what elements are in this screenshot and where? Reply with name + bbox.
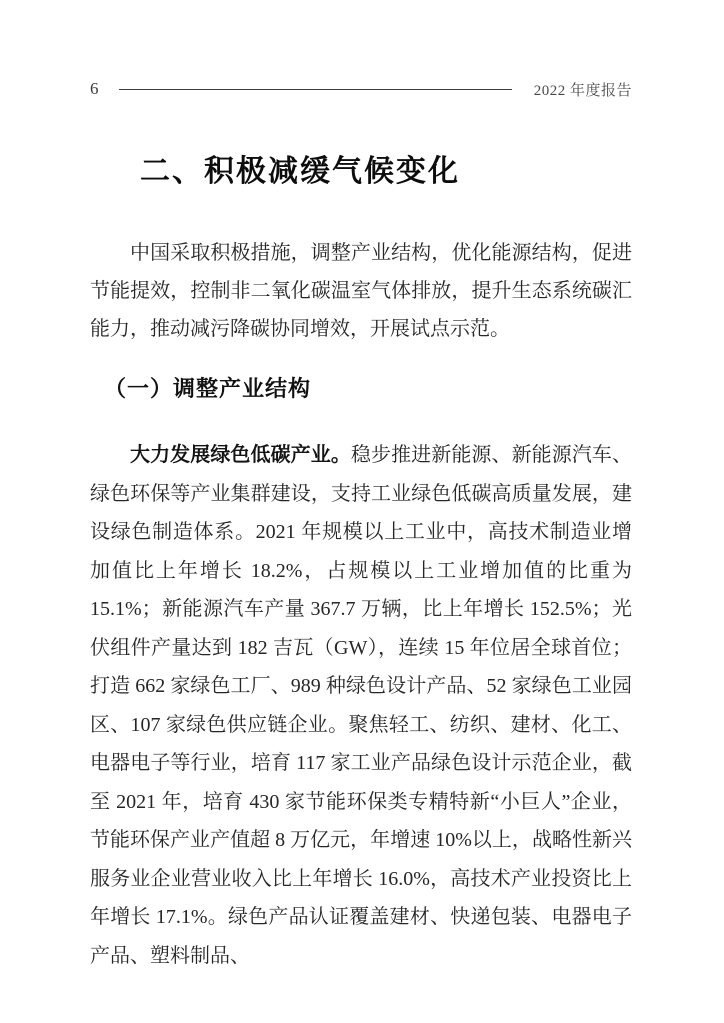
subsection-title: （一）调整产业结构: [104, 374, 632, 404]
chapter-title: 二、积极减缓气候变化: [140, 154, 632, 190]
body-paragraph: 大力发展绿色低碳产业。稳步推进新能源、新能源汽车、绿色环保等产业集群建设，支持工…: [90, 436, 632, 975]
header-rule: [119, 89, 512, 90]
running-header: 6 2022 年度报告: [90, 78, 632, 100]
body-paragraph-text: 稳步推进新能源、新能源汽车、绿色环保等产业集群建设，支持工业绿色低碳高质量发展，…: [90, 444, 632, 967]
intro-paragraph: 中国采取积极措施，调整产业结构，优化能源结构，促进节能提效，控制非二氧化碳温室气…: [90, 234, 632, 348]
document-page: 6 2022 年度报告 二、积极减缓气候变化 中国采取积极措施，调整产业结构，优…: [0, 0, 724, 1023]
report-title: 2022 年度报告: [534, 79, 632, 100]
body-paragraph-lead: 大力发展绿色低碳产业。: [130, 444, 351, 466]
page-number: 6: [90, 79, 99, 99]
